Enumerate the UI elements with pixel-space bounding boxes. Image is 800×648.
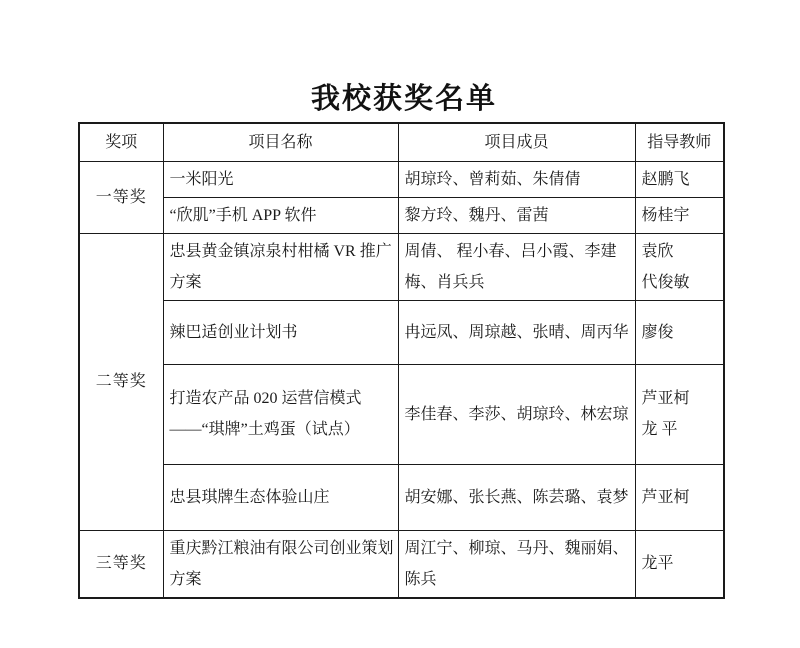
project-cell: 一米阳光 [163,161,398,197]
members-cell: 李佳春、李莎、胡琼玲、林宏琼 [398,364,635,464]
project-cell: 忠县黄金镇凉泉村柑橘 VR 推广方案 [163,233,398,300]
table-row: 一等奖 一米阳光 胡琼玲、曾莉茹、朱倩倩 赵鹏飞 [79,161,724,197]
page-title: 我校获奖名单 [78,76,730,117]
project-cell: 辣巴适创业计划书 [163,300,398,364]
members-cell: 胡安娜、张长燕、陈芸璐、袁梦 [398,464,635,530]
teacher-cell: 廖俊 [635,300,724,364]
project-cell: 忠县琪牌生态体验山庄 [163,464,398,530]
table-row: “欣肌”手机 APP 软件 黎方玲、魏丹、雷茜 杨桂宇 [79,197,724,233]
award-cell-second-prize: 二等奖 [79,233,163,530]
teacher-cell: 杨桂宇 [635,197,724,233]
table-row: 三等奖 重庆黔江粮油有限公司创业策划方案 周江宁、柳琼、马丹、魏丽娟、陈兵 龙平 [79,530,724,598]
project-cell: 打造农产品 020 运营信模式——“琪牌”土鸡蛋（试点） [163,364,398,464]
project-cell: “欣肌”手机 APP 软件 [163,197,398,233]
header-award: 奖项 [79,123,163,161]
awards-table: 奖项 项目名称 项目成员 指导教师 一等奖 一米阳光 胡琼玲、曾莉茹、朱倩倩 赵… [78,122,725,599]
header-members: 项目成员 [398,123,635,161]
members-cell: 黎方玲、魏丹、雷茜 [398,197,635,233]
award-cell-first-prize: 一等奖 [79,161,163,233]
header-row: 奖项 项目名称 项目成员 指导教师 [79,123,724,161]
teacher-cell: 芦亚柯 [635,464,724,530]
project-cell: 重庆黔江粮油有限公司创业策划方案 [163,530,398,598]
teacher-cell: 芦亚柯 龙 平 [635,364,724,464]
table-row: 忠县琪牌生态体验山庄 胡安娜、张长燕、陈芸璐、袁梦 芦亚柯 [79,464,724,530]
members-cell: 胡琼玲、曾莉茹、朱倩倩 [398,161,635,197]
teacher-cell: 龙平 [635,530,724,598]
table-row: 辣巴适创业计划书 冉远凤、周琼越、张晴、周丙华 廖俊 [79,300,724,364]
table-row: 二等奖 忠县黄金镇凉泉村柑橘 VR 推广方案 周倩、 程小春、吕小霞、李建梅、肖… [79,233,724,300]
teacher-cell: 袁欣 代俊敏 [635,233,724,300]
members-cell: 周倩、 程小春、吕小霞、李建梅、肖兵兵 [398,233,635,300]
header-teacher: 指导教师 [635,123,724,161]
header-project: 项目名称 [163,123,398,161]
table-row: 打造农产品 020 运营信模式——“琪牌”土鸡蛋（试点） 李佳春、李莎、胡琼玲、… [79,364,724,464]
document-page: 我校获奖名单 奖项 项目名称 项目成员 指导教师 一等奖 一米阳光 胡琼玲、曾莉… [0,0,800,648]
members-cell: 冉远凤、周琼越、张晴、周丙华 [398,300,635,364]
award-cell-third-prize: 三等奖 [79,530,163,598]
teacher-cell: 赵鹏飞 [635,161,724,197]
members-cell: 周江宁、柳琼、马丹、魏丽娟、陈兵 [398,530,635,598]
